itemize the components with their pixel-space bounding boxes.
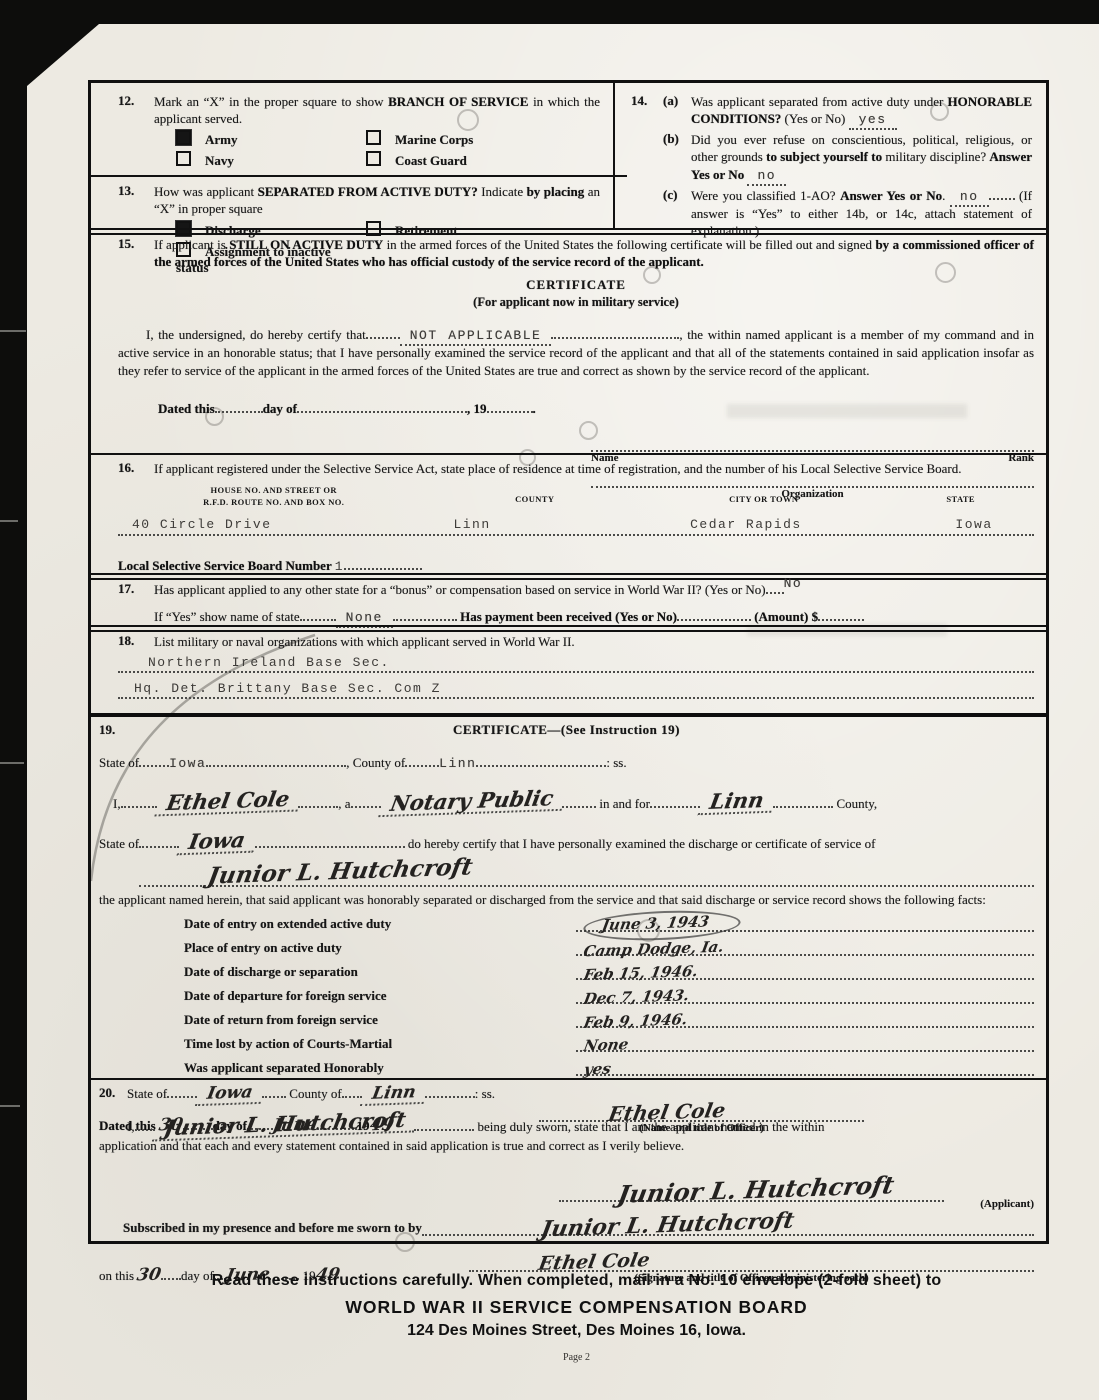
option-navy: Navy [176, 151, 366, 169]
fact-value: yes [583, 1062, 613, 1078]
fact-value-line: June 3, 1943 [576, 910, 1034, 932]
fact-value-line: yes [576, 1054, 1034, 1076]
item-18-text: List military or naval organizations wit… [154, 633, 1034, 650]
section-rule [90, 1078, 1047, 1080]
fact-row: Date of discharge or separation Feb 15, … [184, 958, 1034, 980]
option-marine-corps: Marine Corps [366, 130, 473, 148]
item-number: 18. [118, 633, 134, 649]
item-13-text: How was applicant SEPARATED FROM ACTIVE … [154, 183, 600, 217]
examined-name-line: Junior L. Hutchcroft [139, 860, 1034, 887]
applicant-label: (Applicant) [980, 1198, 1034, 1210]
fact-value-line: Dec 7, 1943. [576, 982, 1034, 1004]
fact-value-line: None [576, 1030, 1034, 1052]
fact-value-line: Camp Dodge, Ia. [576, 934, 1034, 956]
checkbox-navy-icon [176, 151, 191, 166]
item-14: 14. (a) Was applicant separated from act… [631, 93, 1032, 239]
state-field: Iowa [887, 517, 1034, 532]
officer-oath-signature: Ethel Cole [537, 1251, 651, 1274]
form-border: 12. Mark an “X” in the proper square to … [88, 80, 1049, 1244]
board-number-line: Local Selective Service Board Number 1 [118, 558, 1034, 574]
facts-intro: the applicant named herein, that said ap… [99, 891, 1034, 908]
section-16-selective-service: 16. If applicant registered under the Se… [91, 460, 1046, 574]
section-20-oath: 20. State ofIowa County ofLinn: ss. I,Ju… [91, 1085, 1046, 1284]
address-field: 40 Circle Drive [118, 517, 429, 532]
scan-scratch [0, 520, 18, 522]
item-16: 16. If applicant registered under the Se… [118, 460, 1034, 477]
item-18: 18. List military or naval organizations… [118, 633, 1034, 650]
section-rule [90, 228, 1047, 235]
item-17-line1: Has applicant applied to any other state… [154, 581, 1034, 599]
section-rule [90, 713, 1047, 717]
fact-value: Camp Dodge, Ia. [582, 940, 725, 960]
header-city: CITY OR TOWN [640, 484, 887, 509]
fact-row: Date of return from foreign service Feb … [184, 1006, 1034, 1028]
subscribed-signature: Junior L. Hutchcroft [539, 1210, 796, 1241]
certificate-subtitle: (For applicant now in military service) [118, 295, 1034, 310]
column-divider [613, 83, 615, 228]
item-number: 20. [99, 1085, 115, 1101]
section-17-other-state: 17. Has applicant applied to any other s… [91, 581, 1046, 626]
item-14a-text: Was applicant separated from active duty… [691, 93, 1032, 128]
fact-row: Date of entry on extended active duty Ju… [184, 910, 1034, 932]
page-number: Page 2 [54, 1352, 1099, 1363]
fact-value: Feb 9, 1946. [582, 1013, 688, 1032]
state-county-line-20: State ofIowa County ofLinn: ss. [127, 1085, 1034, 1105]
fact-value: None [583, 1038, 630, 1055]
item-12-text: Mark an “X” in the proper square to show… [154, 93, 600, 127]
checkbox-coast-guard-icon [366, 151, 381, 166]
footer-instructions: Read these instructions carefully. When … [54, 1272, 1099, 1290]
fact-row: Was applicant separated Honorably yes [184, 1054, 1034, 1076]
item-15: 15. If applicant is STILL ON ACTIVE DUTY… [118, 236, 1034, 270]
fact-row: Date of departure for foreign service De… [184, 982, 1034, 1004]
applicant-signature-block: Junior L. Hutchcroft (Applicant) [559, 1174, 1034, 1202]
section-rule [90, 453, 1047, 455]
oath-line-1: I,Junior L. Hutchcroft being duly sworn,… [127, 1113, 1034, 1137]
item-17: 17. Has applicant applied to any other s… [118, 581, 1034, 626]
examined-name: Junior L. Hutchcroft [206, 856, 474, 888]
organization-entry-2: Hq. Det. Brittany Base Sec. Com Z [118, 679, 1034, 699]
header-address: HOUSE NO. AND STREET OR R.F.D. ROUTE NO.… [118, 484, 429, 509]
item-16-text: If applicant registered under the Select… [154, 460, 1034, 477]
item-number: 13. [118, 183, 134, 199]
county-field: Linn [429, 517, 640, 532]
item-15-text: If applicant is STILL ON ACTIVE DUTY in … [154, 236, 1034, 270]
section-rule [90, 573, 1047, 580]
section-15-certificate: 15. If applicant is STILL ON ACTIVE DUTY… [91, 236, 1046, 417]
item-14b-text: Did you ever refuse on conscientious, po… [691, 131, 1032, 183]
name-signature-line [591, 436, 1034, 452]
option-coast-guard: Coast Guard [366, 151, 467, 169]
item-14a-label: (a) [663, 93, 678, 109]
scan-scratch [0, 762, 24, 764]
dated-line: Dated thisday of, 19. [158, 401, 1034, 417]
item-number: 14. [631, 93, 647, 109]
subscribed-signature-line: Junior L. Hutchcroft [422, 1214, 1034, 1236]
header-state: STATE [887, 484, 1034, 509]
city-field: Cedar Rapids [640, 517, 887, 532]
certificate-19-title: CERTIFICATE—(See Instruction 19) [99, 722, 1034, 738]
item-number: 15. [118, 236, 134, 252]
footer-board-name: WORLD WAR II SERVICE COMPENSATION BOARD [54, 1297, 1099, 1318]
fact-value: Dec 7, 1943. [582, 988, 690, 1007]
item-14b-label: (b) [663, 131, 679, 147]
notary-line: I,Ethel Cole, aNotary Public in and forL… [99, 790, 1034, 814]
item-number: 16. [118, 460, 134, 476]
subscribed-text: Subscribed in my presence and before me … [123, 1219, 422, 1236]
item-number: 19. [99, 722, 115, 738]
fact-row: Time lost by action of Courts-Martial No… [184, 1030, 1034, 1052]
scan-scratch [0, 1105, 20, 1107]
state-county-line: State ofIowa, County ofLinn: ss. [99, 754, 1034, 772]
item-20: 20. State ofIowa County ofLinn: ss. I,Ju… [99, 1085, 1034, 1137]
address-row: 40 Circle Drive Linn Cedar Rapids Iowa [118, 509, 1034, 536]
organization-entry-1: Northern Ireland Base Sec. [118, 653, 1034, 673]
item-14c-label: (c) [663, 187, 677, 203]
scan-scratch [0, 330, 26, 332]
section-branch-separation: 12. Mark an “X” in the proper square to … [91, 93, 1046, 228]
checkbox-marine-corps-icon [366, 130, 381, 145]
item-number: 17. [118, 581, 134, 597]
item-12: 12. Mark an “X” in the proper square to … [118, 93, 600, 169]
header-county: COUNTY [429, 484, 640, 509]
section-18-organizations: 18. List military or naval organizations… [91, 633, 1046, 717]
applicant-signature: Junior L. Hutchcroft [616, 1173, 896, 1207]
section-19-notary-certificate: 19. CERTIFICATE—(See Instruction 19) Sta… [91, 722, 1046, 1134]
state-line-2: State ofIowa do hereby certify that I ha… [99, 830, 1034, 854]
checkbox-army-icon [176, 130, 191, 145]
option-army: Army [176, 130, 366, 148]
section-rule [90, 625, 1047, 632]
oath-line-2: application and that each and every stat… [99, 1137, 1034, 1154]
scanned-page: 12. Mark an “X” in the proper square to … [27, 24, 1099, 1400]
footer-address: 124 Des Moines Street, Des Moines 16, Io… [54, 1322, 1099, 1340]
item-number: 12. [118, 93, 134, 109]
fact-value-line: Feb 9, 1946. [576, 1006, 1034, 1028]
fact-value: Feb 15, 1946. [582, 964, 699, 983]
item-17-line2: If “Yes” show name of stateNone Has paym… [154, 608, 1034, 626]
certificate-title: CERTIFICATE [118, 277, 1034, 293]
fact-row: Place of entry on active duty Camp Dodge… [184, 934, 1034, 956]
item-15-certify-text: I, the undersigned, do hereby certify th… [118, 326, 1034, 378]
fact-value-line: Feb 15, 1946. [576, 958, 1034, 980]
